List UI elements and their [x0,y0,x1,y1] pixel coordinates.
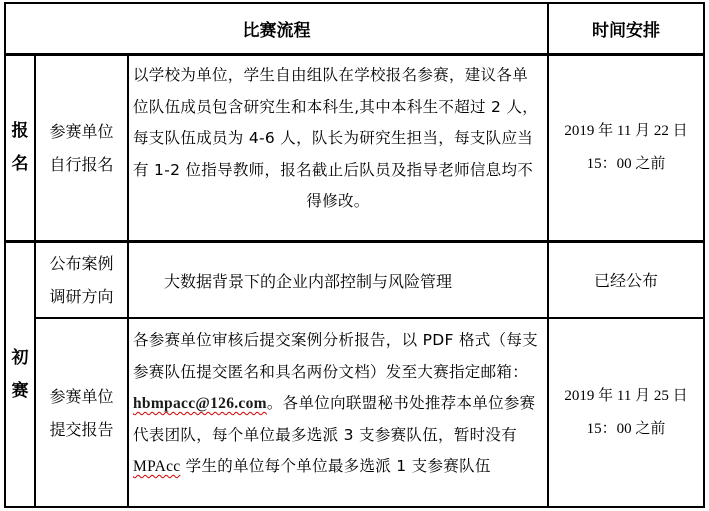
header-process-label: 比赛流程 [243,16,311,41]
stage-char: 初 [12,342,29,375]
report-description: 各参赛单位审核后提交案例分析报告，以 PDF 格式（每支 参赛队伍提交匿名和具名… [129,325,547,506]
desc-line: 有 1-2 位指导教师，报名截止后队员及指导老师信息均不 [133,155,543,187]
competition-schedule-table: 比赛流程 时间安排 报 名 参赛单位 自行报名 以学校为单位，学生自由组队在学校… [4,2,705,508]
deadline-time: 15：00 之前 [587,413,666,446]
desc-line: 得修改。 [133,186,543,218]
item-line: 调研方向 [49,280,113,313]
item-line: 提交报告 [49,413,113,446]
header-schedule-label: 时间安排 [592,16,660,41]
stage-char: 名 [12,148,29,181]
deadline-time: 15：00 之前 [587,148,666,181]
case-topic-text: 大数据背景下的企业内部控制与风险管理 [164,269,452,292]
item-line: 公布案例 [49,247,113,280]
signup-deadline: 2019 年 11 月 22 日 15：00 之前 [549,56,703,240]
item-line: 参赛单位 [49,115,113,148]
desc-line-rest: 学生的单位每个单位最多选派 1 支参赛队伍 [180,457,490,475]
submission-email[interactable]: hbmpacc@126.com [133,395,267,412]
signup-description: 以学校为单位，学生自由组队在学校报名参赛，建议各单 位队伍成员包含研究生和本科生… [129,60,547,240]
report-deadline: 2019 年 11 月 25 日 15：00 之前 [549,319,703,506]
item-line: 参赛单位 [49,380,113,413]
item-line: 自行报名 [49,148,113,181]
desc-line: 代表团队，每个单位最多选派 3 支参赛队伍，暂时没有 [133,420,543,452]
mpacc-term: MPAcc [133,458,180,475]
desc-line: 每支队伍成员为 4-6 人，队长为研究生担当，每支队应当 [133,123,543,155]
deadline-date: 2019 年 11 月 22 日 [564,115,687,148]
case-status: 已经公布 [549,243,703,317]
item-case-direction: 公布案例 调研方向 [36,243,127,317]
item-self-registration: 参赛单位 自行报名 [36,56,127,240]
header-schedule: 时间安排 [549,4,703,53]
desc-line-email: hbmpacc@126.com。各单位向联盟秘书处推荐本单位参赛 [133,388,543,420]
header-process: 比赛流程 [6,4,547,53]
desc-line: 位队伍成员包含研究生和本科生,其中本科生不超过 2 人， [133,92,543,124]
stage-preliminary: 初 赛 [6,243,34,506]
desc-line: 各参赛单位审核后提交案例分析报告，以 PDF 格式（每支 [133,325,543,357]
stage-char: 赛 [12,375,29,408]
desc-line: 参赛队伍提交匿名和具名两份文档）发至大赛指定邮箱： [133,357,543,389]
desc-line-mpacc: MPAcc 学生的单位每个单位最多选派 1 支参赛队伍 [133,451,543,483]
deadline-date: 2019 年 11 月 25 日 [564,380,687,413]
item-submit-report: 参赛单位 提交报告 [36,319,127,506]
stage-char: 报 [12,115,29,148]
desc-line-rest: 。各单位向联盟秘书处推荐本单位参赛 [267,394,536,412]
case-topic: 大数据背景下的企业内部控制与风险管理 [129,243,547,317]
stage-signup: 报 名 [6,56,34,240]
desc-line: 以学校为单位，学生自由组队在学校报名参赛，建议各单 [133,60,543,92]
status-text: 已经公布 [594,264,658,297]
